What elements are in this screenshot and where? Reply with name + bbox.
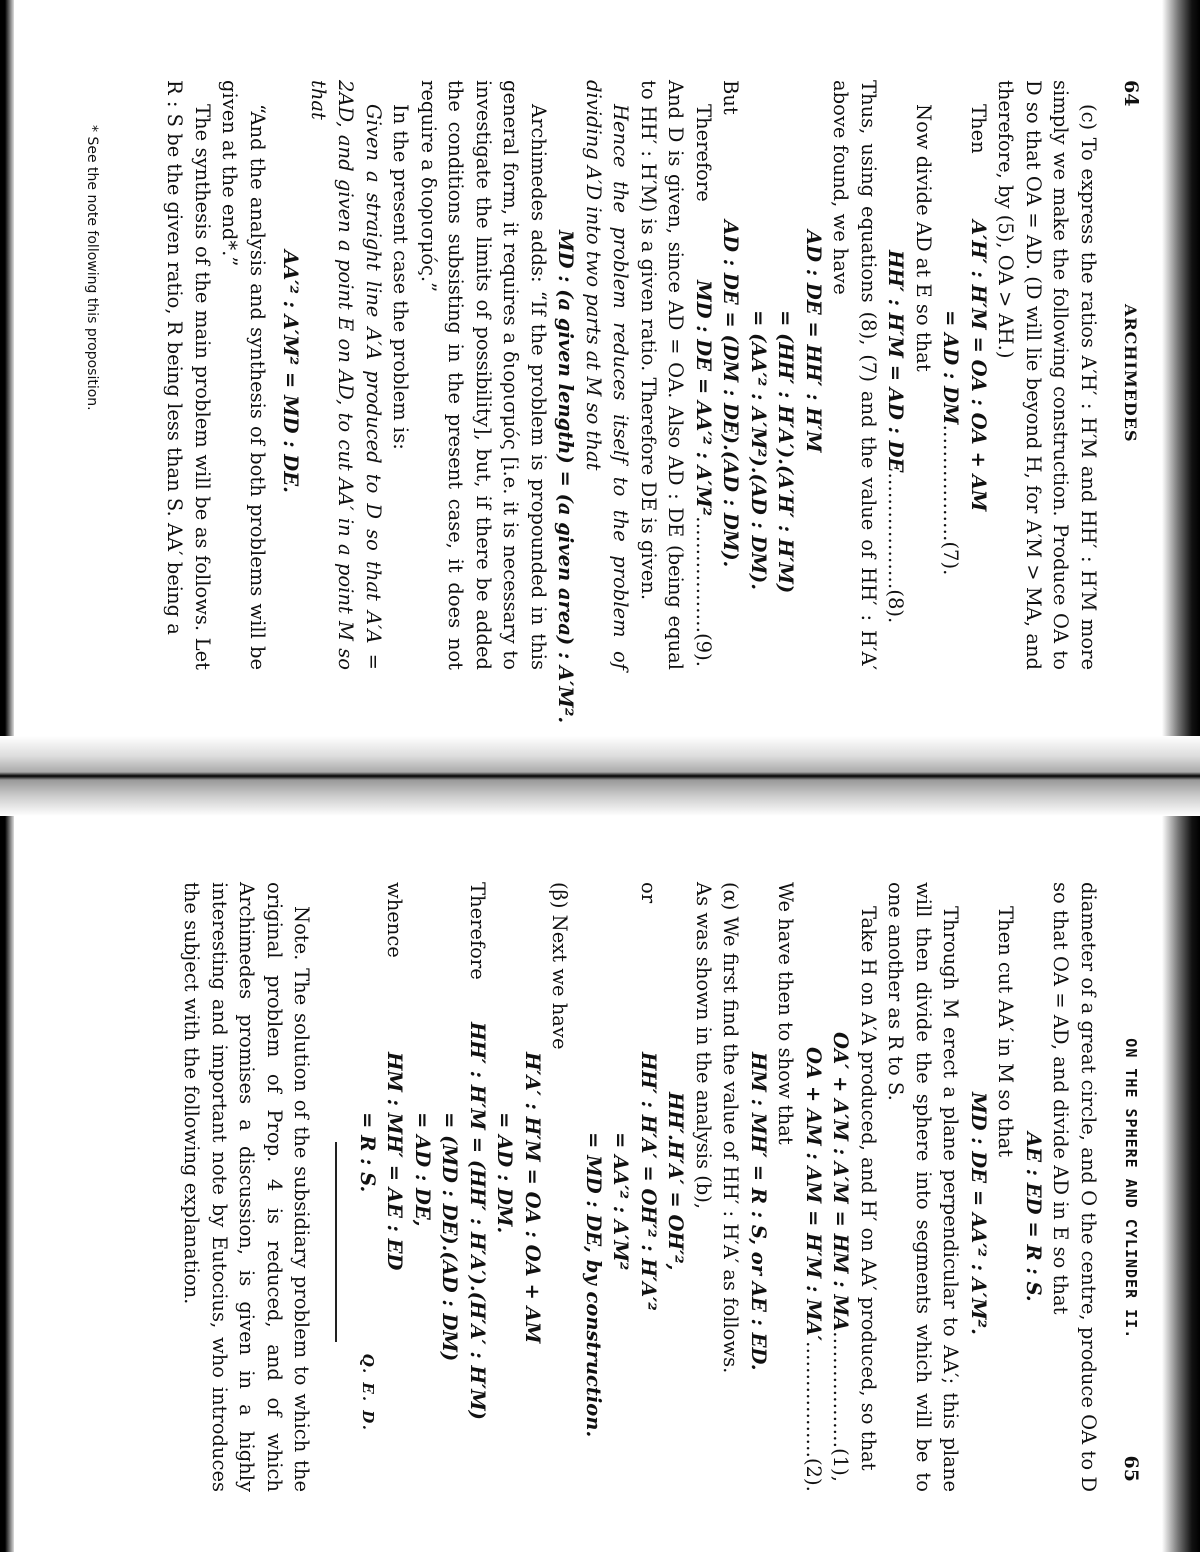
paragraph-italic: Given a straight line A′A produced to D … bbox=[305, 80, 388, 670]
note-paragraph: Note. The solution of the subsidiary pro… bbox=[178, 882, 316, 1492]
book-spine bbox=[0, 736, 1200, 816]
paragraph: (c) To express the ratios A′H′ : H′M and… bbox=[992, 80, 1102, 670]
paragraph: (α) We first find the value of HH′ : H′A… bbox=[717, 882, 745, 1492]
paragraph: Take H on A′A produced, and H′ on AA′ pr… bbox=[855, 882, 883, 1492]
running-title: ARCHIMEDES bbox=[1122, 304, 1141, 443]
page-body-right: diameter of a great circle, and O the ce… bbox=[178, 882, 1102, 1492]
equation: H′A′ : H′M = OA : OA + AM bbox=[519, 882, 547, 1492]
page-64: 64 ARCHIMEDES (c) To express the ratios … bbox=[0, 0, 1200, 740]
equation: ThereforeHH′ : H′M = (HH′ : H′A′).(H′A′ … bbox=[464, 882, 492, 1492]
running-head-left: 64 ARCHIMEDES bbox=[1118, 80, 1144, 670]
equation: HH′.H′A′ = OH′², bbox=[662, 882, 690, 1492]
equation: MD : (a given length) = (a given area) :… bbox=[552, 80, 580, 670]
page-body-left: (c) To express the ratios A′H′ : H′M and… bbox=[161, 80, 1102, 670]
equation: AA′² : A′M² = MD : DE. bbox=[277, 80, 305, 670]
paragraph: Thus, using equations (8), (7) and the v… bbox=[827, 80, 882, 670]
section-rule bbox=[336, 1142, 338, 1342]
running-title: ON THE SPHERE AND CYLINDER II. bbox=[1122, 1038, 1140, 1339]
paragraph: Then cut AA′ in M so that bbox=[992, 882, 1020, 1492]
paragraph: “And the analysis and synthesis of both … bbox=[216, 80, 271, 670]
running-head-right: ON THE SPHERE AND CYLINDER II. 65 bbox=[1118, 892, 1144, 1482]
equation: = (AA′² : A′M²).(AD : DM). bbox=[745, 80, 773, 670]
paragraph: In the present case the problem is: bbox=[387, 80, 415, 670]
paragraph: The synthesis of the main problem will b… bbox=[161, 80, 216, 670]
paragraph: As was shown in the analysis (b), bbox=[690, 882, 718, 1492]
equation: MD : DE = AA′² : A′M². bbox=[965, 882, 993, 1492]
equation: = AA′² : A′M² bbox=[607, 882, 635, 1492]
paragraph: And D is given, since AD = OA. Also AD :… bbox=[635, 80, 690, 670]
paragraph-italic: Hence the problem reduces itself to the … bbox=[580, 80, 635, 670]
paragraph: Through M erect a plane perpendicular to… bbox=[882, 882, 965, 1492]
equation: = (MD : DE).(AD : DM) bbox=[436, 882, 464, 1492]
qed-mark: Q. E. D. bbox=[354, 1354, 382, 1432]
book-spread: 64 ARCHIMEDES (c) To express the ratios … bbox=[0, 0, 1200, 1552]
equation-8: HH′ : H′M = AD : DE………………(8). bbox=[882, 80, 910, 670]
paragraph: Archimedes adds: “If the problem is prop… bbox=[415, 80, 553, 670]
page-65: ON THE SPHERE AND CYLINDER II. 65 diamet… bbox=[0, 812, 1200, 1552]
page-number: 64 bbox=[1120, 80, 1142, 106]
footnote: * See the note following this propositio… bbox=[84, 125, 100, 411]
paragraph: (β) Next we have bbox=[546, 882, 574, 1492]
paragraph: diameter of a great circle, and O the ce… bbox=[1047, 882, 1102, 1492]
equation: orHH′ : H′A′ = OH′² : H′A′² bbox=[635, 882, 663, 1492]
equation: = (HH′ : H′A′).(A′H′ : H′M) bbox=[772, 80, 800, 670]
equation: AD : DE = HH′ : H′M bbox=[800, 80, 828, 670]
equation: whenceHM : MH′ = AE : ED bbox=[381, 882, 409, 1492]
equation-2: OA + AM : AM = H′M : MA′………………(2). bbox=[800, 882, 828, 1492]
equation: = AD : DM. bbox=[491, 882, 519, 1492]
equation: = R : S. Q. E. D. bbox=[354, 882, 382, 1492]
page-number: 65 bbox=[1120, 1456, 1142, 1482]
equation: = AD : DE, bbox=[409, 882, 437, 1492]
equation-9: ThereforeMD : DE = AA′² : A′M²………………(9). bbox=[690, 80, 718, 670]
equation: AE : ED = R : S. bbox=[1020, 882, 1048, 1492]
equation: ButAD : DE = (DM : DE).(AD : DM). bbox=[717, 80, 745, 670]
equation-1: OA′ + A′M : A′M = HM : MA………………(1), bbox=[827, 882, 855, 1492]
paragraph: We have then to show that bbox=[772, 882, 800, 1492]
equation-7a: ThenA′H′ : H′M = OA : OA + AM bbox=[965, 80, 993, 670]
paragraph: Now divide AD at E so that bbox=[910, 80, 938, 670]
equation: = MD : DE, by construction. bbox=[580, 882, 608, 1492]
equation-7b: = AD : DM………………(7). bbox=[937, 80, 965, 670]
equation: HM : MH′ = R : S, or AE : ED. bbox=[745, 882, 773, 1492]
equation-label: Then bbox=[965, 80, 993, 220]
